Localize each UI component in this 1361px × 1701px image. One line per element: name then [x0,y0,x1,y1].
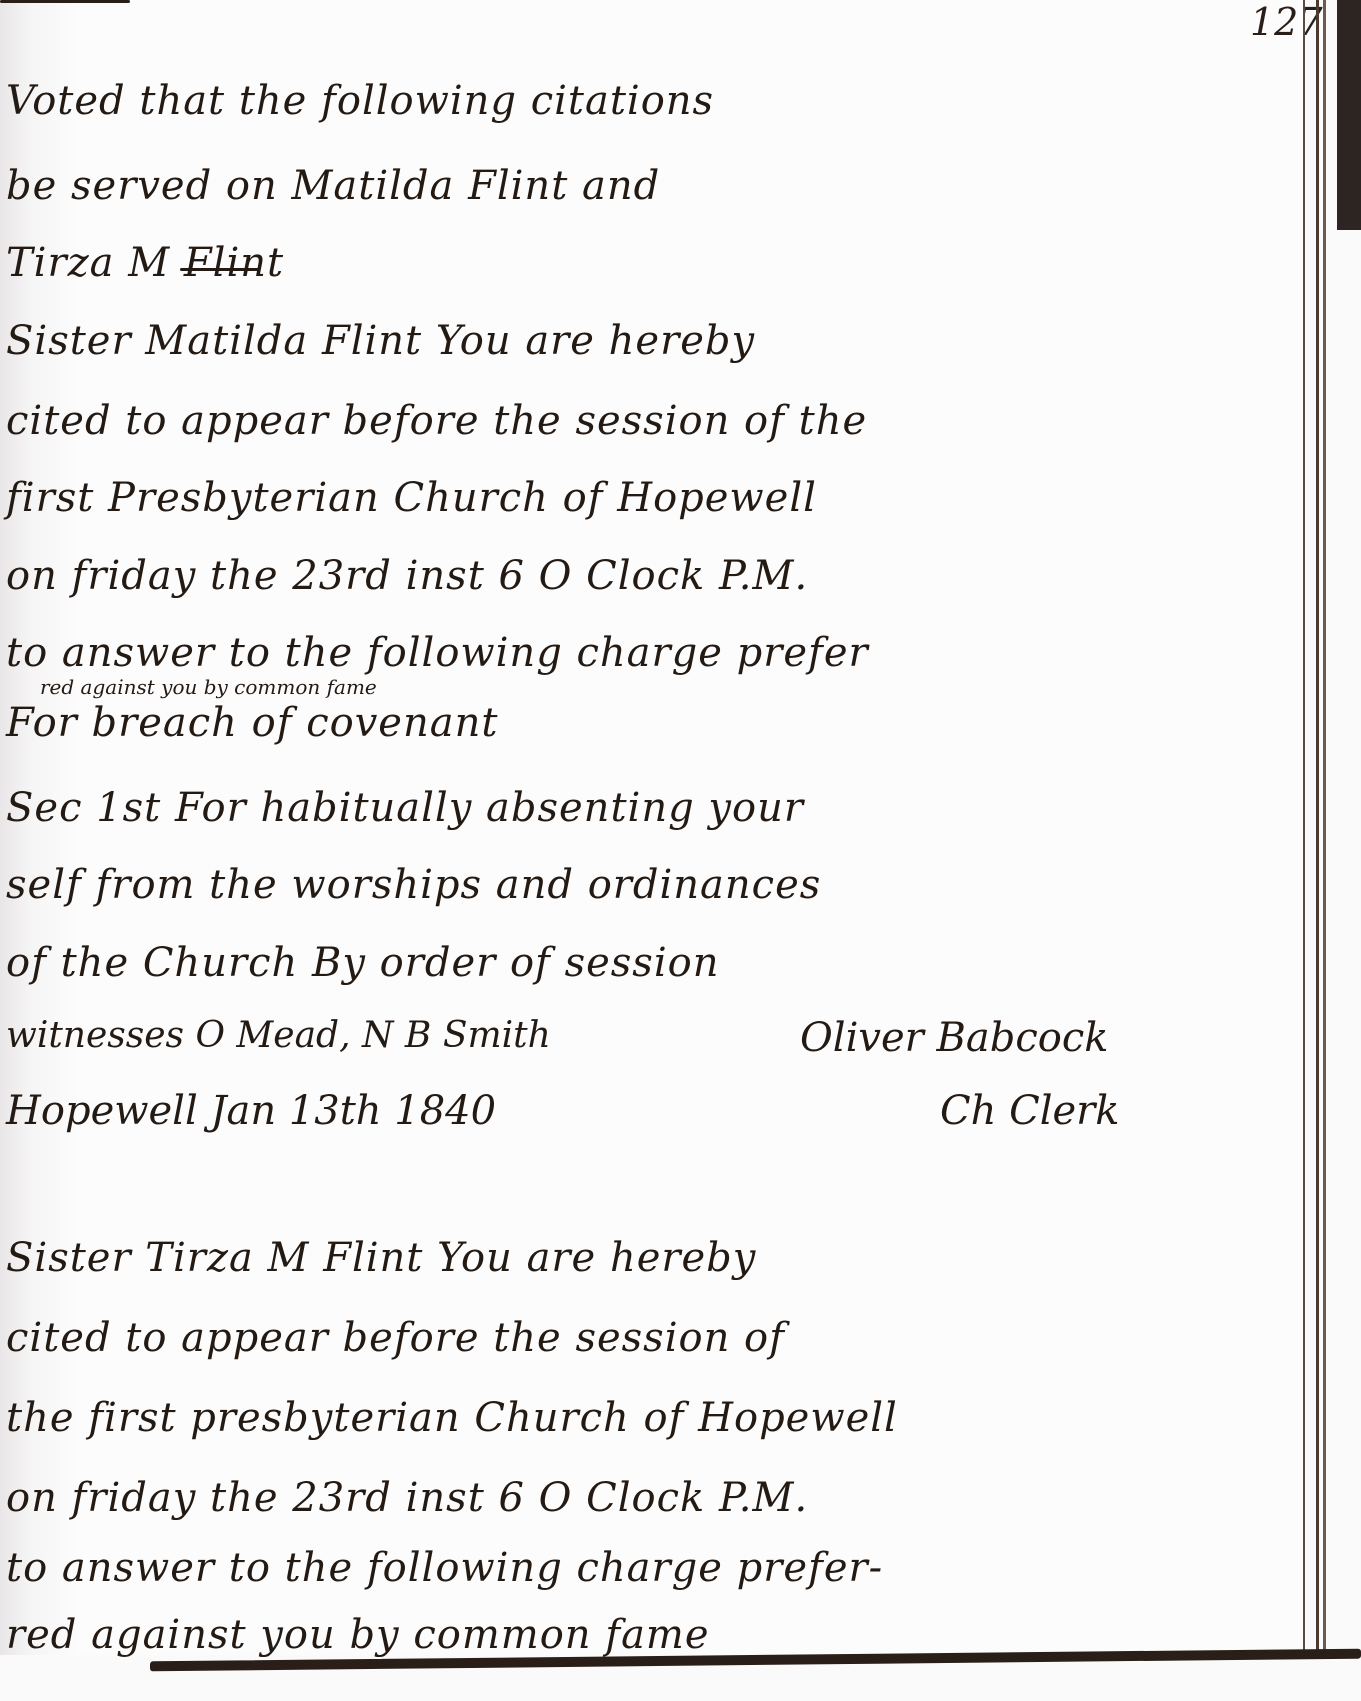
entry-line: Voted that the following citations [6,78,714,124]
citation-line: Sister Tirza M Flint You are hereby [6,1235,756,1281]
entry-line: be served on Matilda Flint and [6,163,660,209]
citation-line: of the Church By order of session [6,940,719,986]
citation-line: on friday the 23rd inst 6 O Clock P.M. [6,553,808,599]
entry-line: Tirza M Flint [6,240,284,286]
citation-line: For breach of covenant [6,700,498,746]
citation-line: to answer to the following charge prefer… [6,1545,883,1591]
citation-line: to answer to the following charge prefer [6,630,869,676]
signatory-name: Oliver Babcock [800,1015,1108,1061]
book-binding [1299,0,1361,1655]
closing-stroke [180,268,260,271]
citation-line: Sister Matilda Flint You are hereby [6,318,755,364]
citation-line: self from the worships and ordinances [6,862,821,908]
interlinear-insertion: red against you by common fame [40,675,377,699]
manuscript-page: 127 Voted that the following citations b… [0,0,1306,1655]
signatory-title: Ch Clerk [940,1088,1120,1134]
citation-line: cited to appear before the session of [6,1315,785,1361]
citation-line: cited to appear before the session of th… [6,398,867,444]
citation-line: red against you by common fame [6,1612,710,1658]
witnesses: witnesses O Mead, N B Smith [6,1015,551,1056]
citation-line: first Presbyterian Church of Hopewell [6,475,817,521]
top-rule [0,0,130,3]
citation-line: the first presbyterian Church of Hopewel… [6,1395,898,1441]
citation-line: on friday the 23rd inst 6 O Clock P.M. [6,1475,808,1521]
place-date: Hopewell Jan 13th 1840 [6,1088,496,1134]
citation-line: Sec 1st For habitually absenting your [6,785,804,831]
